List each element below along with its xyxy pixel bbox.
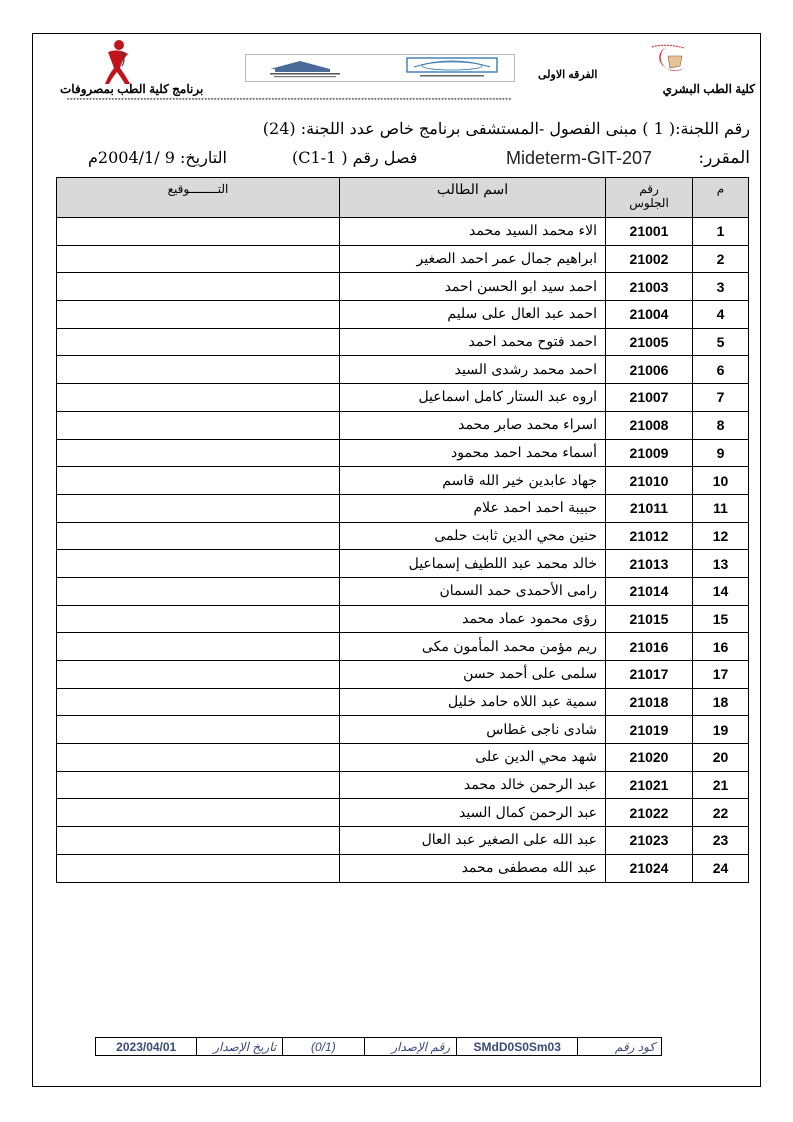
partner-logos-strip bbox=[245, 54, 515, 82]
faculty-name: كلية الطب البشري bbox=[663, 82, 755, 96]
signature-cell[interactable] bbox=[57, 577, 340, 605]
seat-number: 21014 bbox=[606, 577, 693, 605]
header-seat-number: رقم الجلوس bbox=[606, 178, 693, 218]
signature-cell[interactable] bbox=[57, 661, 340, 689]
signature-cell[interactable] bbox=[57, 328, 340, 356]
header-seat-line2: الجلوس bbox=[606, 196, 692, 210]
row-number: 14 bbox=[693, 577, 749, 605]
row-number: 17 bbox=[693, 661, 749, 689]
issue-date-label: تاريخ الإصدار bbox=[197, 1038, 283, 1056]
seat-number: 21021 bbox=[606, 771, 693, 799]
row-number: 10 bbox=[693, 467, 749, 495]
student-name: عبد الله على الصغير عبد العال bbox=[340, 827, 606, 855]
signature-cell[interactable] bbox=[57, 605, 340, 633]
seat-number: 21013 bbox=[606, 550, 693, 578]
table-row: 2121021عبد الرحمن خالد محمد bbox=[57, 771, 749, 799]
class-number: فصل رقم ( C1-1) bbox=[292, 148, 417, 167]
signature-cell[interactable] bbox=[57, 688, 340, 716]
issue-date-value: 2023/04/01 bbox=[96, 1038, 197, 1056]
student-name: خالد محمد عبد اللطيف إسماعيل bbox=[340, 550, 606, 578]
seat-number: 21005 bbox=[606, 328, 693, 356]
seat-number: 21001 bbox=[606, 218, 693, 246]
table-row: 1321013خالد محمد عبد اللطيف إسماعيل bbox=[57, 550, 749, 578]
header-seat-line1: رقم bbox=[606, 182, 692, 196]
signature-cell[interactable] bbox=[57, 218, 340, 246]
table-row: 2421024عبد الله مصطفى محمد bbox=[57, 854, 749, 882]
roster-body: 121001الاء محمد السيد محمد221002ابراهيم … bbox=[57, 218, 749, 883]
table-row: 121001الاء محمد السيد محمد bbox=[57, 218, 749, 246]
student-name: أسماء محمد احمد محمود bbox=[340, 439, 606, 467]
student-name: عبد الرحمن كمال السيد bbox=[340, 799, 606, 827]
row-number: 23 bbox=[693, 827, 749, 855]
table-row: 221002ابراهيم جمال عمر احمد الصغير bbox=[57, 245, 749, 273]
table-row: 621006احمد محمد رشدى السيد bbox=[57, 356, 749, 384]
table-row: 1221012حنين محي الدين ثابت حلمى bbox=[57, 522, 749, 550]
row-number: 16 bbox=[693, 633, 749, 661]
student-name: احمد سيد ابو الحسن احمد bbox=[340, 273, 606, 301]
row-number: 13 bbox=[693, 550, 749, 578]
table-row: 1121011حبيبة احمد احمد علام bbox=[57, 494, 749, 522]
committee-info: رقم اللجنة:( 1 ) مبنى الفصول -المستشفى ب… bbox=[263, 119, 750, 138]
student-name: جهاد عابدين خير الله قاسم bbox=[340, 467, 606, 495]
document-control-footer: كود رقم SMdD0S0Sm03 رقم الإصدار (0/1) تا… bbox=[95, 1037, 662, 1056]
table-row: 1721017سلمى على أحمد حسن bbox=[57, 661, 749, 689]
student-name: احمد فتوح محمد احمد bbox=[340, 328, 606, 356]
code-value: SMdD0S0Sm03 bbox=[457, 1038, 578, 1056]
seat-number: 21008 bbox=[606, 411, 693, 439]
seat-number: 21019 bbox=[606, 716, 693, 744]
student-name: حبيبة احمد احمد علام bbox=[340, 494, 606, 522]
signature-cell[interactable] bbox=[57, 245, 340, 273]
signature-cell[interactable] bbox=[57, 494, 340, 522]
issue-number-value: (0/1) bbox=[283, 1038, 364, 1056]
seat-number: 21020 bbox=[606, 744, 693, 772]
table-row: 921009أسماء محمد احمد محمود bbox=[57, 439, 749, 467]
student-name: سلمى على أحمد حسن bbox=[340, 661, 606, 689]
header-student-name: اسم الطالب bbox=[340, 178, 606, 218]
table-row: 321003احمد سيد ابو الحسن احمد bbox=[57, 273, 749, 301]
row-number: 8 bbox=[693, 411, 749, 439]
signature-cell[interactable] bbox=[57, 799, 340, 827]
row-number: 21 bbox=[693, 771, 749, 799]
seat-number: 21023 bbox=[606, 827, 693, 855]
student-name: رؤى محمود عماد محمد bbox=[340, 605, 606, 633]
course-label: المقرر: bbox=[698, 148, 750, 168]
course-code: Mideterm-GIT-207 bbox=[506, 148, 652, 169]
row-number: 18 bbox=[693, 688, 749, 716]
student-name: احمد عبد العال على سليم bbox=[340, 301, 606, 329]
row-number: 15 bbox=[693, 605, 749, 633]
row-number: 9 bbox=[693, 439, 749, 467]
row-number: 5 bbox=[693, 328, 749, 356]
student-name: شادى ناجى غطاس bbox=[340, 716, 606, 744]
signature-cell[interactable] bbox=[57, 384, 340, 412]
code-label: كود رقم bbox=[578, 1038, 662, 1056]
seat-number: 21009 bbox=[606, 439, 693, 467]
signature-cell[interactable] bbox=[57, 550, 340, 578]
table-row: 2321023عبد الله على الصغير عبد العال bbox=[57, 827, 749, 855]
signature-cell[interactable] bbox=[57, 301, 340, 329]
row-number: 3 bbox=[693, 273, 749, 301]
signature-cell[interactable] bbox=[57, 716, 340, 744]
row-number: 22 bbox=[693, 799, 749, 827]
student-name: اسراء محمد صابر محمد bbox=[340, 411, 606, 439]
table-row: 2021020شهد محي الدين على bbox=[57, 744, 749, 772]
row-number: 19 bbox=[693, 716, 749, 744]
table-row: 1421014رامى الأحمدى حمد السمان bbox=[57, 577, 749, 605]
signature-cell[interactable] bbox=[57, 744, 340, 772]
row-number: 6 bbox=[693, 356, 749, 384]
student-name: شهد محي الدين على bbox=[340, 744, 606, 772]
table-row: 1021010جهاد عابدين خير الله قاسم bbox=[57, 467, 749, 495]
year-level: الفرقه الاولى bbox=[538, 68, 597, 81]
faculty-crescent-logo bbox=[638, 44, 694, 76]
student-name: سمية عبد اللاه حامد خليل bbox=[340, 688, 606, 716]
seat-number: 21003 bbox=[606, 273, 693, 301]
student-name: اروه عبد الستار كامل اسماعيل bbox=[340, 384, 606, 412]
seat-number: 21024 bbox=[606, 854, 693, 882]
table-row: 721007اروه عبد الستار كامل اسماعيل bbox=[57, 384, 749, 412]
star-separator: ****************************************… bbox=[66, 98, 752, 106]
signature-cell[interactable] bbox=[57, 522, 340, 550]
exam-date: التاريخ: 9 /2004/1م bbox=[88, 148, 227, 167]
seat-number: 21022 bbox=[606, 799, 693, 827]
seat-number: 21015 bbox=[606, 605, 693, 633]
signature-cell[interactable] bbox=[57, 356, 340, 384]
signature-cell[interactable] bbox=[57, 467, 340, 495]
table-row: 521005احمد فتوح محمد احمد bbox=[57, 328, 749, 356]
student-name: ريم مؤمن محمد المأمون مكى bbox=[340, 633, 606, 661]
table-row: 1821018سمية عبد اللاه حامد خليل bbox=[57, 688, 749, 716]
accreditation-logo bbox=[406, 57, 498, 79]
student-name: الاء محمد السيد محمد bbox=[340, 218, 606, 246]
student-roster-table: م رقم الجلوس اسم الطالب التــــــــوقيع … bbox=[56, 177, 749, 883]
header-number: م bbox=[693, 178, 749, 218]
row-number: 24 bbox=[693, 854, 749, 882]
student-name: عبد الله مصطفى محمد bbox=[340, 854, 606, 882]
program-name: برنامج كلية الطب بمصروفات bbox=[60, 82, 203, 96]
row-number: 11 bbox=[693, 494, 749, 522]
table-row: 1621016ريم مؤمن محمد المأمون مكى bbox=[57, 633, 749, 661]
seat-number: 21018 bbox=[606, 688, 693, 716]
row-number: 1 bbox=[693, 218, 749, 246]
student-name: ابراهيم جمال عمر احمد الصغير bbox=[340, 245, 606, 273]
table-row: 421004احمد عبد العال على سليم bbox=[57, 301, 749, 329]
seat-number: 21012 bbox=[606, 522, 693, 550]
seat-number: 21017 bbox=[606, 661, 693, 689]
university-building-logo bbox=[260, 57, 360, 79]
header-signature: التــــــــوقيع bbox=[57, 178, 340, 218]
table-row: 1521015رؤى محمود عماد محمد bbox=[57, 605, 749, 633]
seat-number: 21004 bbox=[606, 301, 693, 329]
table-row: 821008اسراء محمد صابر محمد bbox=[57, 411, 749, 439]
signature-cell[interactable] bbox=[57, 411, 340, 439]
row-number: 2 bbox=[693, 245, 749, 273]
signature-cell[interactable] bbox=[57, 273, 340, 301]
student-name: حنين محي الدين ثابت حلمى bbox=[340, 522, 606, 550]
signature-cell[interactable] bbox=[57, 771, 340, 799]
seat-number: 21002 bbox=[606, 245, 693, 273]
seat-number: 21007 bbox=[606, 384, 693, 412]
table-row: 1921019شادى ناجى غطاس bbox=[57, 716, 749, 744]
seat-number: 21011 bbox=[606, 494, 693, 522]
signature-cell[interactable] bbox=[57, 827, 340, 855]
signature-cell[interactable] bbox=[57, 633, 340, 661]
seat-number: 21016 bbox=[606, 633, 693, 661]
program-doctor-logo bbox=[100, 38, 136, 86]
student-name: رامى الأحمدى حمد السمان bbox=[340, 577, 606, 605]
table-row: 2221022عبد الرحمن كمال السيد bbox=[57, 799, 749, 827]
row-number: 7 bbox=[693, 384, 749, 412]
signature-cell[interactable] bbox=[57, 854, 340, 882]
seat-number: 21006 bbox=[606, 356, 693, 384]
signature-cell[interactable] bbox=[57, 439, 340, 467]
row-number: 20 bbox=[693, 744, 749, 772]
table-header-row: م رقم الجلوس اسم الطالب التــــــــوقيع bbox=[57, 178, 749, 218]
row-number: 4 bbox=[693, 301, 749, 329]
row-number: 12 bbox=[693, 522, 749, 550]
seat-number: 21010 bbox=[606, 467, 693, 495]
issue-number-label: رقم الإصدار bbox=[364, 1038, 456, 1056]
student-name: احمد محمد رشدى السيد bbox=[340, 356, 606, 384]
student-name: عبد الرحمن خالد محمد bbox=[340, 771, 606, 799]
